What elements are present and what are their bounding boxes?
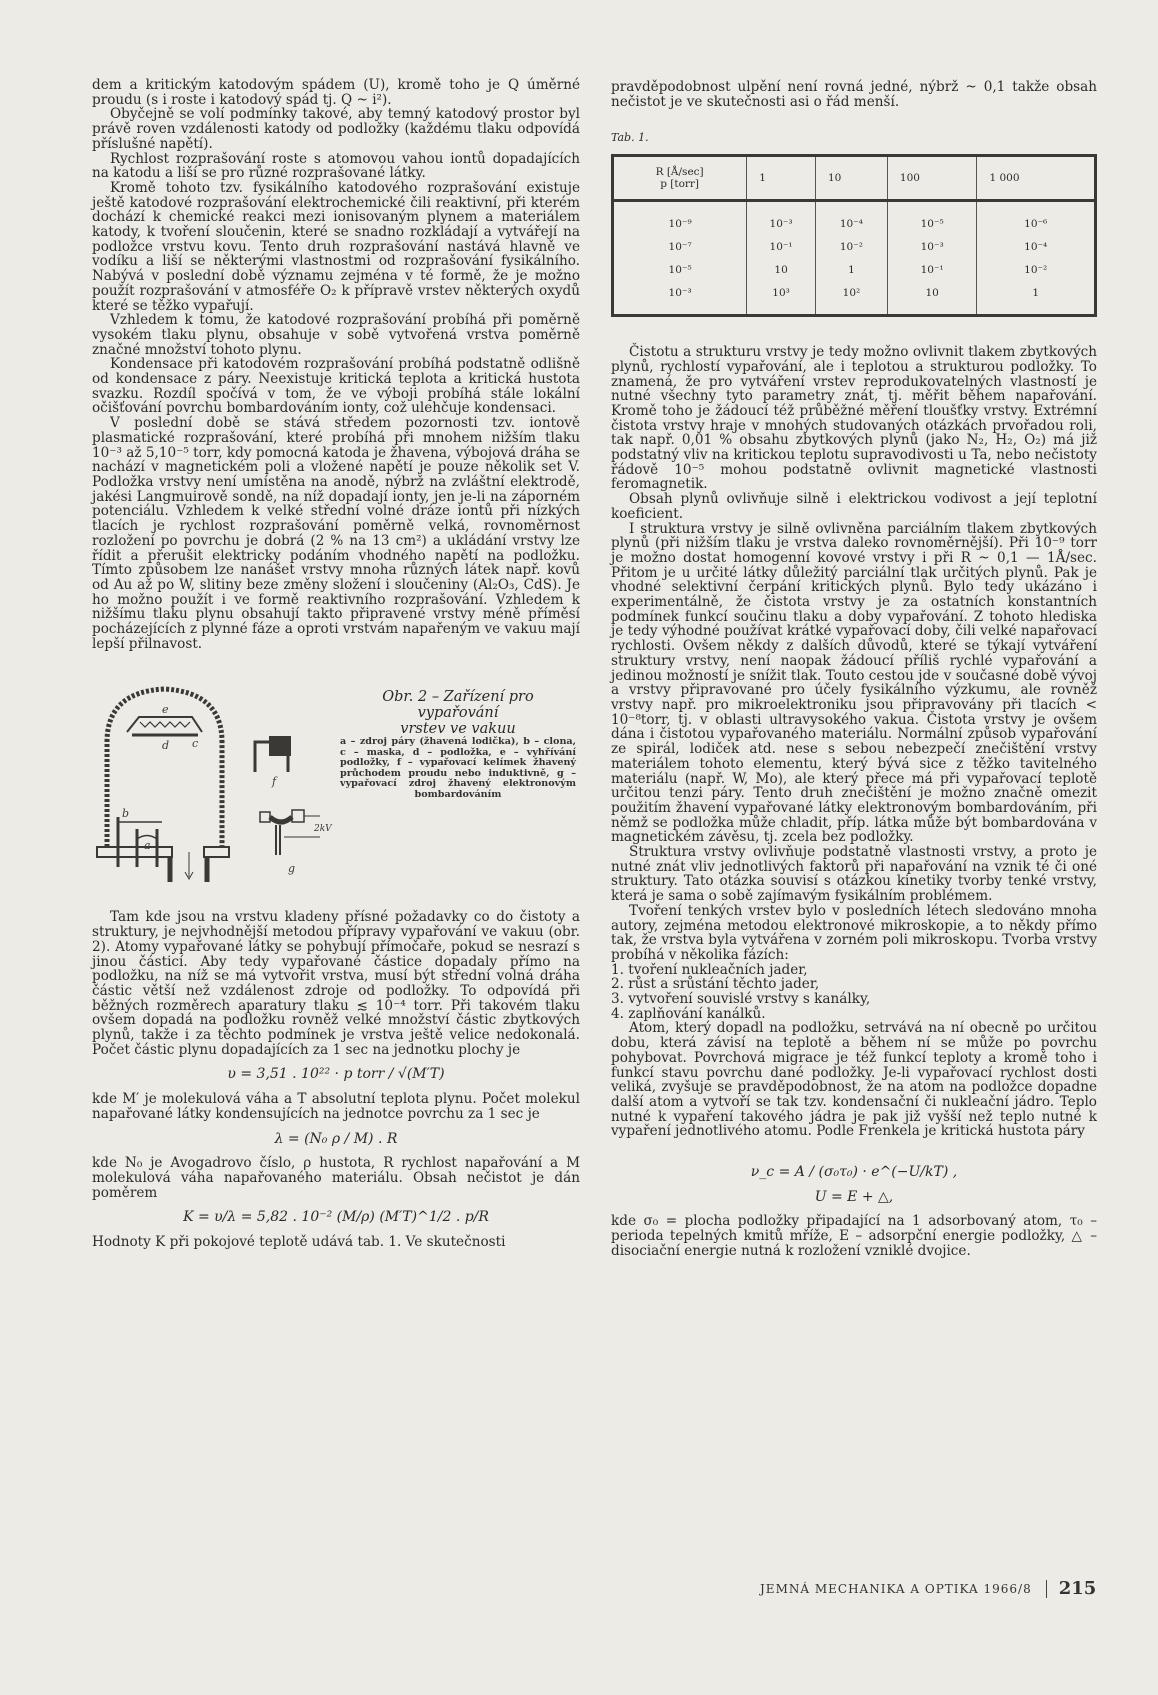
- table-label: Tab. 1.: [611, 131, 1097, 146]
- column-header: 1: [747, 156, 816, 201]
- left-column: dem a kritickým katodovým spádem (U), kr…: [92, 78, 580, 1250]
- paragraph: Tvoření tenkých vrstev bylo v posledních…: [611, 904, 1097, 963]
- table-corner: R [Å/sec] p [torr]: [613, 156, 747, 201]
- paragraph: I struktura vrstvy je silně ovlivněna pa…: [611, 522, 1097, 845]
- cell: 10⁻³: [887, 236, 977, 259]
- formula-condensation-rate: λ = (N₀ ρ / M) . R: [92, 1132, 580, 1147]
- paragraph: Tam kde jsou na vrstvu kladeny přísné po…: [92, 910, 580, 1057]
- right-column: pravděpodobnost ulpění není rovná jedné,…: [611, 80, 1097, 1259]
- cell: 1: [977, 282, 1096, 316]
- label-g: g: [288, 862, 295, 875]
- paragraph: pravděpodobnost ulpění není rovná jedné,…: [611, 80, 1097, 109]
- page-number: 215: [1059, 1578, 1097, 1599]
- cell: 10⁻⁴: [815, 201, 887, 237]
- table-row: 10⁻⁷ 10⁻¹ 10⁻² 10⁻³ 10⁻⁴: [613, 236, 1096, 259]
- paragraph: Atom, který dopadl na podložku, setrvává…: [611, 1021, 1097, 1139]
- label-a: a: [144, 839, 151, 852]
- cell: 10: [887, 282, 977, 316]
- cell: 10⁻⁴: [977, 236, 1096, 259]
- cell: 10⁻²: [977, 259, 1096, 282]
- label-c: c: [192, 737, 198, 750]
- row-pressure: 10⁻³: [613, 282, 747, 316]
- paragraph: kde M′ je molekulová váha a T absolutní …: [92, 1092, 580, 1121]
- paragraph: Vzhledem k tomu, že katodové rozprašován…: [92, 313, 580, 357]
- phase-list: 1. tvoření nukleačních jader, 2. růst a …: [611, 963, 1097, 1022]
- formula-critical-density: ν_c = A / (σ₀τ₀) · e^(−U/kT) ,: [611, 1165, 1097, 1180]
- paragraph: Obyčejně se volí podmínky takové, aby te…: [92, 107, 580, 151]
- paragraph: kde N₀ je Avogadrovo číslo, ρ hustota, R…: [92, 1156, 580, 1200]
- paragraph: Kromě tohoto tzv. fysikálního katodového…: [92, 181, 580, 313]
- paragraph: Obsah plynů ovlivňuje silně i elektricko…: [611, 492, 1097, 521]
- figure-caption: Obr. 2 – Zařízení pro vypařování vrstev …: [340, 689, 576, 800]
- paragraph: Rychlost rozprašování roste s atomovou v…: [92, 152, 580, 181]
- footer-divider: [1046, 1580, 1047, 1598]
- paragraph: dem a kritickým katodovým spádem (U), kr…: [92, 78, 580, 107]
- cell: 10⁻¹: [747, 236, 816, 259]
- list-item: 1. tvoření nukleačních jader,: [611, 963, 1097, 978]
- journal-name: JEMNÁ MECHANIKA A OPTIKA 1966/8: [760, 1582, 1032, 1596]
- figure-title: Obr. 2 – Zařízení pro vypařování: [340, 689, 576, 721]
- cell: 10: [747, 259, 816, 282]
- table-1: R [Å/sec] p [torr] 1 10 100 1 000 10⁻⁹ 1…: [611, 154, 1097, 317]
- cell: 10⁻³: [747, 201, 816, 237]
- page-footer: JEMNÁ MECHANIKA A OPTIKA 1966/8 215: [760, 1578, 1096, 1599]
- label-voltage: 2kV: [313, 824, 333, 834]
- label-d: d: [162, 739, 169, 752]
- formula-energy: U = E + △,: [611, 1190, 1097, 1205]
- paragraph: Čistotu a strukturu vrstvy je tedy možno…: [611, 345, 1097, 492]
- cell: 1: [815, 259, 887, 282]
- cell: 10³: [747, 282, 816, 316]
- vacuum-chamber-diagram: e d c b a f g 2kV: [92, 677, 342, 887]
- figure-2: e d c b a f g 2kV Obr. 2 – Zařízení pro …: [92, 677, 580, 892]
- cell: 10⁻⁶: [977, 201, 1096, 237]
- cell: 10⁻¹: [887, 259, 977, 282]
- cell: 10⁻²: [815, 236, 887, 259]
- paragraph: Hodnoty K při pokojové teplotě udává tab…: [92, 1235, 580, 1250]
- figure-legend: a – zdroj páry (žhavená lodička), b – cl…: [340, 737, 576, 800]
- list-item: 3. vytvoření souvislé vrstvy s kanálky,: [611, 992, 1097, 1007]
- list-item: 2. růst a srůstání těchto jader,: [611, 977, 1097, 992]
- paragraph: Kondensace při katodovém rozprašování pr…: [92, 357, 580, 416]
- table-header-row: R [Å/sec] p [torr] 1 10 100 1 000: [613, 156, 1096, 201]
- row-pressure: 10⁻⁹: [613, 201, 747, 237]
- row-pressure: 10⁻⁵: [613, 259, 747, 282]
- formula-impurity-ratio: K = υ/λ = 5,82 . 10⁻² (M/ρ) (M′T)^1/2 . …: [92, 1210, 580, 1225]
- list-item: 4. zaplňování kanálků.: [611, 1007, 1097, 1022]
- row-pressure: 10⁻⁷: [613, 236, 747, 259]
- figure-title-cont: vrstev ve vakuu: [340, 721, 576, 737]
- cell: 10⁻⁵: [887, 201, 977, 237]
- table-row: 10⁻³ 10³ 10² 10 1: [613, 282, 1096, 316]
- column-header: 1 000: [977, 156, 1096, 201]
- formula-impingement-rate: υ = 3,51 . 10²² · p torr / √(M′T): [92, 1067, 580, 1082]
- paragraph: kde σ₀ = plocha podložky připadající na …: [611, 1214, 1097, 1258]
- table-row: 10⁻⁹ 10⁻³ 10⁻⁴ 10⁻⁵ 10⁻⁶: [613, 201, 1096, 237]
- label-f: f: [271, 775, 278, 788]
- column-header: 10: [815, 156, 887, 201]
- label-e: e: [162, 703, 169, 716]
- table-row: 10⁻⁵ 10 1 10⁻¹ 10⁻²: [613, 259, 1096, 282]
- label-b: b: [122, 807, 129, 820]
- paragraph: V poslední době se stává středem pozorno…: [92, 416, 580, 651]
- paragraph: Struktura vrstvy ovlivňuje podstatně vla…: [611, 845, 1097, 904]
- cell: 10²: [815, 282, 887, 316]
- column-header: 100: [887, 156, 977, 201]
